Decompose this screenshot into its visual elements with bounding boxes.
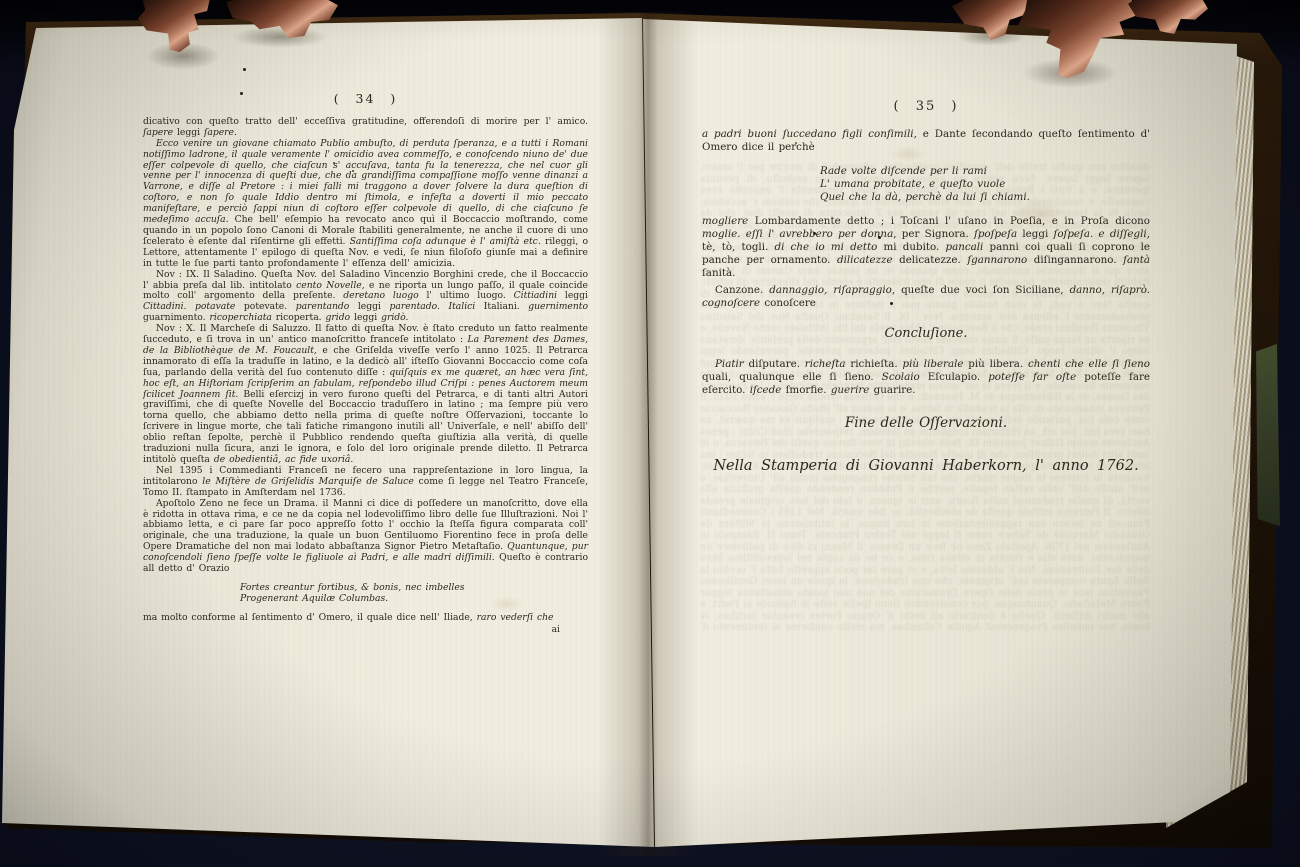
text-run: Piatir <box>715 358 744 370</box>
text-run: L' umana probitate, e queſto vuole <box>820 178 1005 190</box>
text-run: , per Signora. <box>893 228 974 240</box>
text-run: di che io mi detto <box>774 241 877 253</box>
text-run: mogliere <box>702 215 748 227</box>
paragraph: Ecco venire un giovane chiamato Publio a… <box>143 139 588 270</box>
bookmark-ribbon <box>1254 344 1280 530</box>
text-run: gridò. <box>381 312 408 323</box>
text-run: parentando <box>296 301 350 312</box>
paragraph: Rade volte diſcende per li rami <box>820 165 1150 178</box>
text-run: ſapere <box>143 127 173 138</box>
text-run: Nella Stamperia di Giovanni Haberkorn, l… <box>713 458 1138 474</box>
text-run: Santiſſima coſa adunque è l' amiſtà etc. <box>350 236 541 247</box>
text-run: chenti che elle ſi ſieno <box>1028 358 1150 370</box>
text-run: moglie. eſſi l' avrebbero per donna <box>702 228 893 240</box>
text-run <box>186 301 195 312</box>
text-run: pancali <box>946 241 984 253</box>
paragraph: L' umana probitate, e queſto vuole <box>820 178 1150 191</box>
text-run: l' ultimo luogo. <box>419 290 514 301</box>
text-run: guernimento <box>528 301 588 312</box>
text-run: le Miſtère de Griſelidis Marquiſe de Sal… <box>202 476 413 487</box>
text-run: quali, qualunque elle ſi ſieno. <box>702 371 882 383</box>
text-run: Eſculapio. <box>920 371 988 383</box>
right-page-number: ( 35 ) <box>702 100 1150 113</box>
text-run: leggi <box>557 290 588 301</box>
text-run: iſcede <box>750 384 782 396</box>
text-run: raro vederſi che <box>477 612 554 623</box>
text-run: Fine delle Oſſervazioni. <box>845 415 1007 431</box>
text-run: grido <box>326 312 351 323</box>
text-run: ma molto conforme al ſentimento d' Omero… <box>143 612 477 623</box>
left-page-number: ( 34 ) <box>143 94 588 105</box>
right-page-text-column: ( 35 ) a padri buoni ſuccedano figli con… <box>702 100 1150 473</box>
left-page-text-column: ( 34 ) dicativo con queſto tratto dell' … <box>143 94 588 636</box>
paragraph: Nov : X. Il Marcheſe di Saluzzo. Il fatt… <box>143 324 588 466</box>
left-page-text: dicativo con queſto tratto dell' ecceſſi… <box>143 117 588 624</box>
text-run: richieſta. <box>846 358 903 370</box>
paragraph: mogliere Lombardamente detto ; i Toſcani… <box>702 215 1150 280</box>
text-run: dilicatezze <box>837 254 893 266</box>
text-run: leggi <box>173 127 204 138</box>
text-run: ſapere. <box>204 127 237 138</box>
text-run: dannaggio, riſapraggio <box>769 284 892 296</box>
text-run: ſanità. <box>702 267 735 279</box>
text-run: potevate. <box>235 301 295 312</box>
paragraph: Nella Stamperia di Giovanni Haberkorn, l… <box>702 460 1150 473</box>
paragraph: a padri buoni ſuccedano figli conſimili,… <box>702 128 1150 154</box>
text-run: conoſcere <box>760 297 816 309</box>
text-run: e diſſegli <box>1099 228 1147 240</box>
text-run: Lombardamente detto ; i Toſcani l' uſano… <box>748 215 1150 227</box>
text-run: delicatezze. <box>893 254 968 266</box>
text-run: cento Novelle <box>296 280 362 291</box>
paragraph: Piatir diſputare. richeſta richieſta. pi… <box>702 358 1150 397</box>
text-run: ſantà <box>1123 254 1150 266</box>
text-run: , queſte due voci ſon Siciliane, <box>892 284 1070 296</box>
text-run: ricoperta. <box>272 312 326 323</box>
paragraph: Canzone. dannaggio, riſapraggio, queſte … <box>702 284 1150 310</box>
text-run: Italici <box>448 301 475 312</box>
text-run: parentado. <box>389 301 439 312</box>
text-run: Cittiadini <box>514 290 557 301</box>
paragraph: Progenerant Aquilæ Columbas. <box>240 594 588 605</box>
text-run: potavate <box>195 301 235 312</box>
catchword: ai <box>143 625 588 636</box>
text-run: mi dubito. <box>877 241 945 253</box>
text-run: guerire <box>831 384 870 396</box>
text-run: Fortes creantur fortibus, & bonis, nec i… <box>240 582 465 593</box>
book-clasp-icon <box>1128 0 1208 34</box>
paragraph: Quel che la dà, perchè da lui ſi chiami. <box>820 191 1150 204</box>
text-run: Cittadini. <box>143 301 186 312</box>
paragraph: Apoſtolo Zeno ne fece un Drama. il Manni… <box>143 499 588 575</box>
text-run: guarire. <box>869 384 915 396</box>
text-run: poteſſe far oſte <box>988 371 1076 383</box>
text-run: leggi <box>350 312 381 323</box>
text-run: Rade volte diſcende per li rami <box>820 165 987 177</box>
text-run: diſingannarono. <box>1027 254 1123 266</box>
text-run: diſputare. <box>744 358 805 370</box>
text-run: ſmorfie. <box>781 384 830 396</box>
paragraph: ma molto conforme al ſentimento d' Omero… <box>143 613 588 624</box>
text-run: leggi <box>349 301 389 312</box>
text-run: deretano luogo <box>343 290 418 301</box>
text-run: leggi <box>1017 228 1053 240</box>
paragraph: Concluſione. <box>702 327 1150 340</box>
text-run: più liberale <box>902 358 963 370</box>
text-run: de obedientiâ, ac fide uxoriâ. <box>214 454 353 465</box>
text-run: più libera. <box>964 358 1028 370</box>
text-run: a padri buoni ſuccedano figli conſimili <box>702 128 914 140</box>
text-run: Progenerant Aquilæ Columbas. <box>240 593 388 604</box>
text-run: ſpoſpeſa <box>974 228 1017 240</box>
book-photograph: dicativo con queſto tratto dell' ecceſſi… <box>0 0 1300 867</box>
text-run: Belli eſercizj in vero furono queſti del… <box>143 389 588 465</box>
text-run: richeſta <box>805 358 846 370</box>
text-run: Scolaio <box>882 371 920 383</box>
paragraph: dicativo con queſto tratto dell' ecceſſi… <box>143 117 588 139</box>
text-run: ſgannarono <box>967 254 1027 266</box>
text-run: dicativo con queſto tratto dell' ecceſſi… <box>143 116 588 127</box>
text-run: Canzone. <box>715 284 769 296</box>
text-run: Ecco venire un giovane chiamato Publio a… <box>143 138 588 225</box>
right-page-text: a padri buoni ſuccedano figli conſimili,… <box>702 128 1150 473</box>
text-run: Quel che la dà, perchè da lui ſi chiami. <box>820 191 1030 203</box>
text-run: ricoperchiata <box>210 312 272 323</box>
foxing-spot <box>243 68 246 71</box>
text-run: guarnimento. <box>143 312 210 323</box>
text-run: ſoſpeſa. <box>1054 228 1094 240</box>
paragraph: Nov : IX. Il Saladino. Queſta Nov. del S… <box>143 270 588 325</box>
paragraph: Fine delle Oſſervazioni. <box>702 417 1150 430</box>
text-run: Italiani. <box>475 301 528 312</box>
text-run: Concluſione. <box>885 326 968 341</box>
paragraph: Nel 1395 i Commedianti Franceſi ne fecer… <box>143 466 588 499</box>
